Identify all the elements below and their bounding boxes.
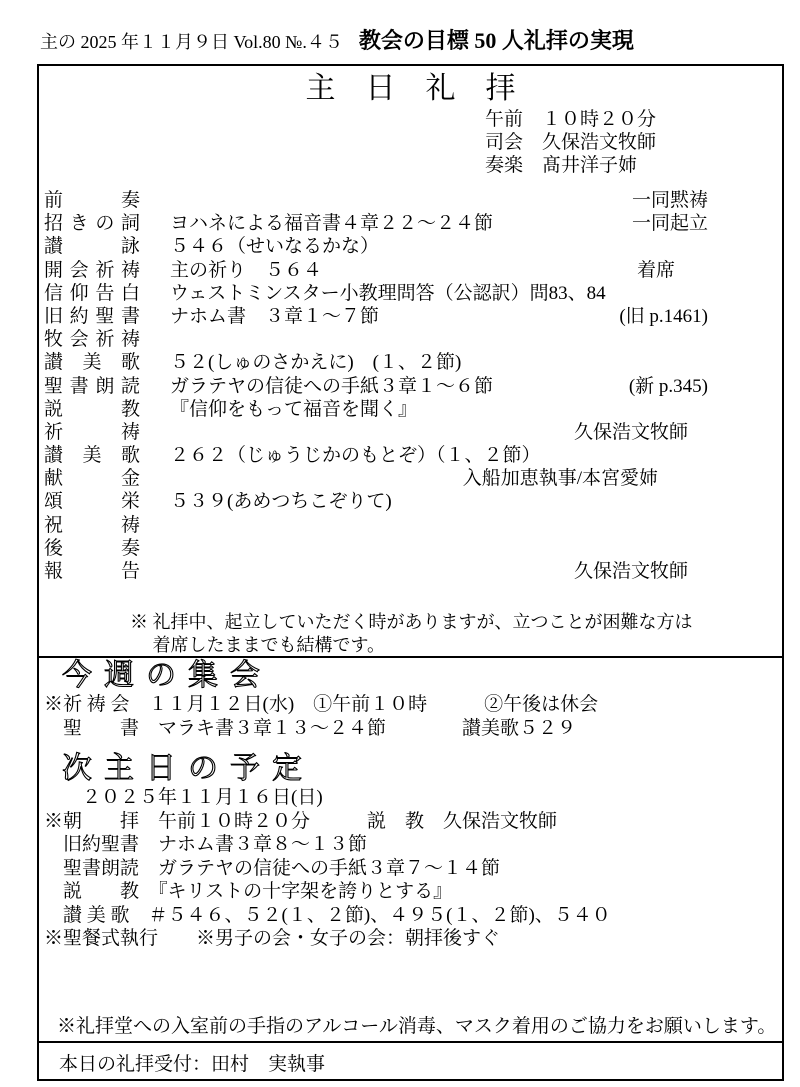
worship-info-line: 奏楽 髙井洋子姉 [485, 154, 782, 177]
order-item-label: 祝祷 [44, 514, 140, 537]
order-row: 祈祷久保浩文牧師 [39, 421, 782, 444]
order-item-note: 入船加恵執事/本宮愛姉 [463, 467, 658, 490]
page-header: 主の 2025 年１１月９日 Vol.80 №.４５ 教会の目標 50 人礼拝の… [40, 24, 634, 55]
order-item-label: 頌栄 [44, 490, 140, 513]
order-item-note: 着席 [637, 259, 675, 282]
order-item-label: 牧会祈祷 [44, 328, 140, 351]
order-item-content: ナホム書 ３章１～７節 [170, 306, 379, 327]
standing-note-line: ※ 礼拝中、起立していただく時がありますが、立つことが困難な方は [130, 611, 782, 634]
order-item-note: 久保浩文牧師 [574, 421, 688, 444]
order-item-note: 一同起立 [632, 212, 708, 235]
next-sunday-line: ２０２５年１１月１６日(日) [44, 786, 782, 810]
order-item-label: 讃美歌 [44, 444, 140, 467]
schedule-section: 今週の集会 ※祈 祷 会 １１月１２日(水) ①午前１０時 ②午後は休会 聖 書… [39, 656, 782, 1041]
hygiene-note: ※礼拝堂への入室前の手指のアルコール消毒、マスク着用のご協力をお願いします。 [57, 1011, 776, 1038]
reception-section: 本日の礼拝受付：田村 実執事 [39, 1041, 782, 1081]
this-week-heading: 今週の集会 [62, 659, 782, 693]
standing-note-line: 着席したままでも結構です。 [130, 634, 782, 657]
order-item-label: 祈祷 [44, 421, 140, 444]
order-row: 牧会祈祷 [39, 328, 782, 351]
next-sunday-line: ※朝 拝 午前１０時２０分 説 教 久保浩文牧師 [44, 810, 782, 834]
order-row: 前奏一同黙祷 [39, 189, 782, 212]
order-row: 頌栄５３９(あめつちこぞりて) [39, 490, 782, 513]
worship-title: 主 日 礼 拝 [39, 72, 782, 106]
order-item-content: ５２(しゅのさかえに) (１、２節) [170, 352, 461, 373]
order-item-content: ２６２（じゅうじかのもとぞ）（１、２節） [170, 445, 541, 466]
order-row: 説教『信仰をもって福音を聞く』 [39, 398, 782, 421]
order-row: 聖書朗読ガラテヤの信徒への手紙３章１～６節(新 p.345) [39, 375, 782, 398]
order-row: 讃美歌５２(しゅのさかえに) (１、２節) [39, 351, 782, 374]
worship-section: 主 日 礼 拝 午前 １０時２０分司会 久保浩文牧師奏楽 髙井洋子姉 前奏一同黙… [39, 66, 782, 656]
order-row: 祝祷 [39, 514, 782, 537]
order-row: 旧約聖書ナホム書 ３章１～７節(旧 p.1461) [39, 305, 782, 328]
this-week-line: 聖 書 マラキ書３章１３～２４節 讃美歌５２９ [44, 717, 782, 741]
order-item-content: ガラテヤの信徒への手紙３章１～６節 [170, 376, 493, 397]
order-item-note: (旧 p.1461) [619, 305, 708, 328]
next-sunday-heading: 次主日の予定 [62, 752, 782, 786]
order-item-label: 讃美歌 [44, 351, 140, 374]
worship-info-line: 司会 久保浩文牧師 [485, 131, 782, 154]
order-row: 讃美歌２６２（じゅうじかのもとぞ）（１、２節） [39, 444, 782, 467]
order-item-note: 一同黙祷 [632, 189, 708, 212]
order-item-note: (新 p.345) [629, 375, 708, 398]
order-item-label: 開会祈祷 [44, 259, 140, 282]
order-item-label: 信仰告白 [44, 282, 140, 305]
order-item-label: 説教 [44, 398, 140, 421]
order-item-label: 招きの詞 [44, 212, 140, 235]
worship-info-line: 午前 １０時２０分 [485, 108, 782, 131]
order-item-label: 旧約聖書 [44, 305, 140, 328]
reception-line: 本日の礼拝受付：田村 実執事 [59, 1049, 325, 1076]
order-item-label: 後奏 [44, 537, 140, 560]
order-item-content: 『信仰をもって福音を聞く』 [170, 399, 417, 420]
standing-note: ※ 礼拝中、起立していただく時がありますが、立つことが困難な方は 着席したままで… [130, 611, 782, 656]
next-sunday-block: 次主日の予定 ２０２５年１１月１６日(日)※朝 拝 午前１０時２０分 説 教 久… [39, 752, 782, 951]
order-row: 後奏 [39, 537, 782, 560]
order-row: 報告久保浩文牧師 [39, 560, 782, 583]
order-item-content: ５４６（せいなるかな） [170, 236, 379, 257]
order-item-content: ウェストミンスター小教理問答（公認訳）問83、84 [170, 283, 606, 304]
next-sunday-line: 讃 美 歌 ＃５４６、５２(１、２節)、４９５(１、２節)、５４０ [44, 904, 782, 928]
next-sunday-line: 旧約聖書 ナホム書３章８～１３節 [44, 833, 782, 857]
next-sunday-line: 聖書朗読 ガラテヤの信徒への手紙３章７～１４節 [44, 857, 782, 881]
worship-info: 午前 １０時２０分司会 久保浩文牧師奏楽 髙井洋子姉 [485, 108, 782, 177]
issue-date-line: 主の 2025 年１１月９日 Vol.80 №.４５ [40, 28, 343, 54]
order-item-label: 報告 [44, 560, 140, 583]
order-item-label: 聖書朗読 [44, 375, 140, 398]
church-goal-slogan: 教会の目標 50 人礼拝の実現 [359, 24, 634, 55]
order-item-content: ５３９(あめつちこぞりて) [170, 491, 392, 512]
order-item-content: 主の祈り ５６４ [170, 260, 322, 281]
next-sunday-lines: ２０２５年１１月１６日(日)※朝 拝 午前１０時２０分 説 教 久保浩文牧師 旧… [39, 786, 782, 951]
this-week-line: ※祈 祷 会 １１月１２日(水) ①午前１０時 ②午後は休会 [44, 693, 782, 717]
order-item-label: 讃詠 [44, 235, 140, 258]
order-row: 招きの詞ヨハネによる福音書４章２２～２４節一同起立 [39, 212, 782, 235]
order-row: 献金入船加恵執事/本宮愛姉 [39, 467, 782, 490]
next-sunday-line: ※聖餐式執行 ※男子の会・女子の会：朝拝後すぐ [44, 927, 782, 951]
next-sunday-line: 説 教 『キリストの十字架を誇りとする』 [44, 880, 782, 904]
order-item-note: 久保浩文牧師 [574, 560, 688, 583]
order-row: 信仰告白ウェストミンスター小教理問答（公認訳）問83、84 [39, 282, 782, 305]
bulletin-box: 主 日 礼 拝 午前 １０時２０分司会 久保浩文牧師奏楽 髙井洋子姉 前奏一同黙… [37, 64, 784, 1081]
order-item-content: ヨハネによる福音書４章２２～２４節 [170, 213, 493, 234]
worship-order: 前奏一同黙祷招きの詞ヨハネによる福音書４章２２～２４節一同起立讃詠５４６（せいな… [39, 189, 782, 583]
order-item-label: 献金 [44, 467, 140, 490]
order-item-label: 前奏 [44, 189, 140, 212]
this-week-lines: ※祈 祷 会 １１月１２日(水) ①午前１０時 ②午後は休会 聖 書 マラキ書３… [39, 693, 782, 740]
order-row: 開会祈祷主の祈り ５６４着席 [39, 259, 782, 282]
order-row: 讃詠５４６（せいなるかな） [39, 235, 782, 258]
